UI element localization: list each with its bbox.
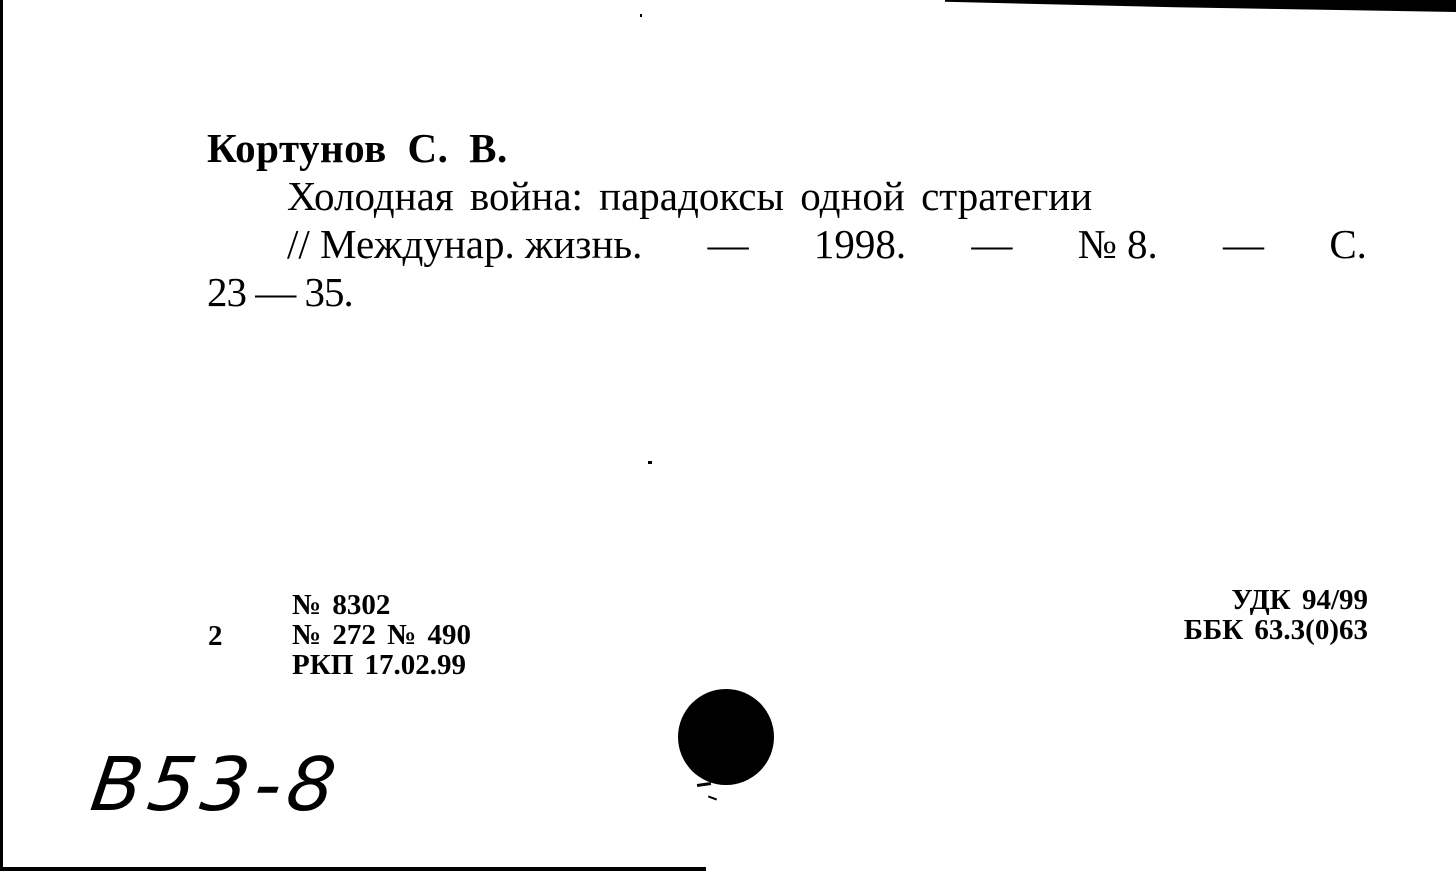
- acquisition-line-3: РКП 17.02.99: [292, 650, 471, 680]
- dash: —: [708, 220, 749, 268]
- scan-border-top: [945, 0, 1456, 12]
- dash: —: [971, 220, 1012, 268]
- journal-name: Междунар. жизнь.: [320, 221, 642, 267]
- source-citation: // Междунар. жизнь. — 1998. — № 8. — С.: [207, 220, 1367, 268]
- scan-border-bottom: [0, 867, 706, 871]
- copy-count: 2: [208, 620, 223, 653]
- bibliographic-entry: Кортунов С. В. Холодная война: парадоксы…: [207, 124, 1367, 316]
- handwritten-shelf-mark: B53-8: [86, 742, 347, 828]
- classification-codes: УДК 94/99 ББК 63.3(0)63: [1184, 585, 1368, 645]
- dash: —: [1223, 220, 1264, 268]
- udk-code: УДК 94/99: [1184, 585, 1368, 615]
- punch-hole: [678, 689, 774, 785]
- scan-speck: [640, 14, 642, 17]
- page-range: 23 — 35.: [207, 268, 1367, 316]
- bbk-code: ББК 63.3(0)63: [1184, 615, 1368, 645]
- author: Кортунов С. В.: [207, 124, 1367, 172]
- work-title: Холодная война: парадоксы одной стратеги…: [207, 172, 1367, 220]
- scan-border-left: [0, 0, 3, 870]
- source-journal: // Междунар. жизнь.: [287, 220, 642, 268]
- publication-year: 1998.: [814, 220, 906, 268]
- scan-speck: [697, 782, 711, 787]
- issue-number: № 8.: [1078, 220, 1158, 268]
- source-prefix: //: [287, 221, 310, 267]
- pages-label: С.: [1329, 220, 1367, 268]
- scan-speck: [708, 796, 717, 801]
- acquisition-line-2: № 272 № 490: [292, 620, 471, 650]
- scan-speck: [648, 461, 652, 464]
- acquisition-line-1: № 8302: [292, 590, 471, 620]
- acquisition-numbers: № 8302 № 272 № 490 РКП 17.02.99: [292, 590, 471, 680]
